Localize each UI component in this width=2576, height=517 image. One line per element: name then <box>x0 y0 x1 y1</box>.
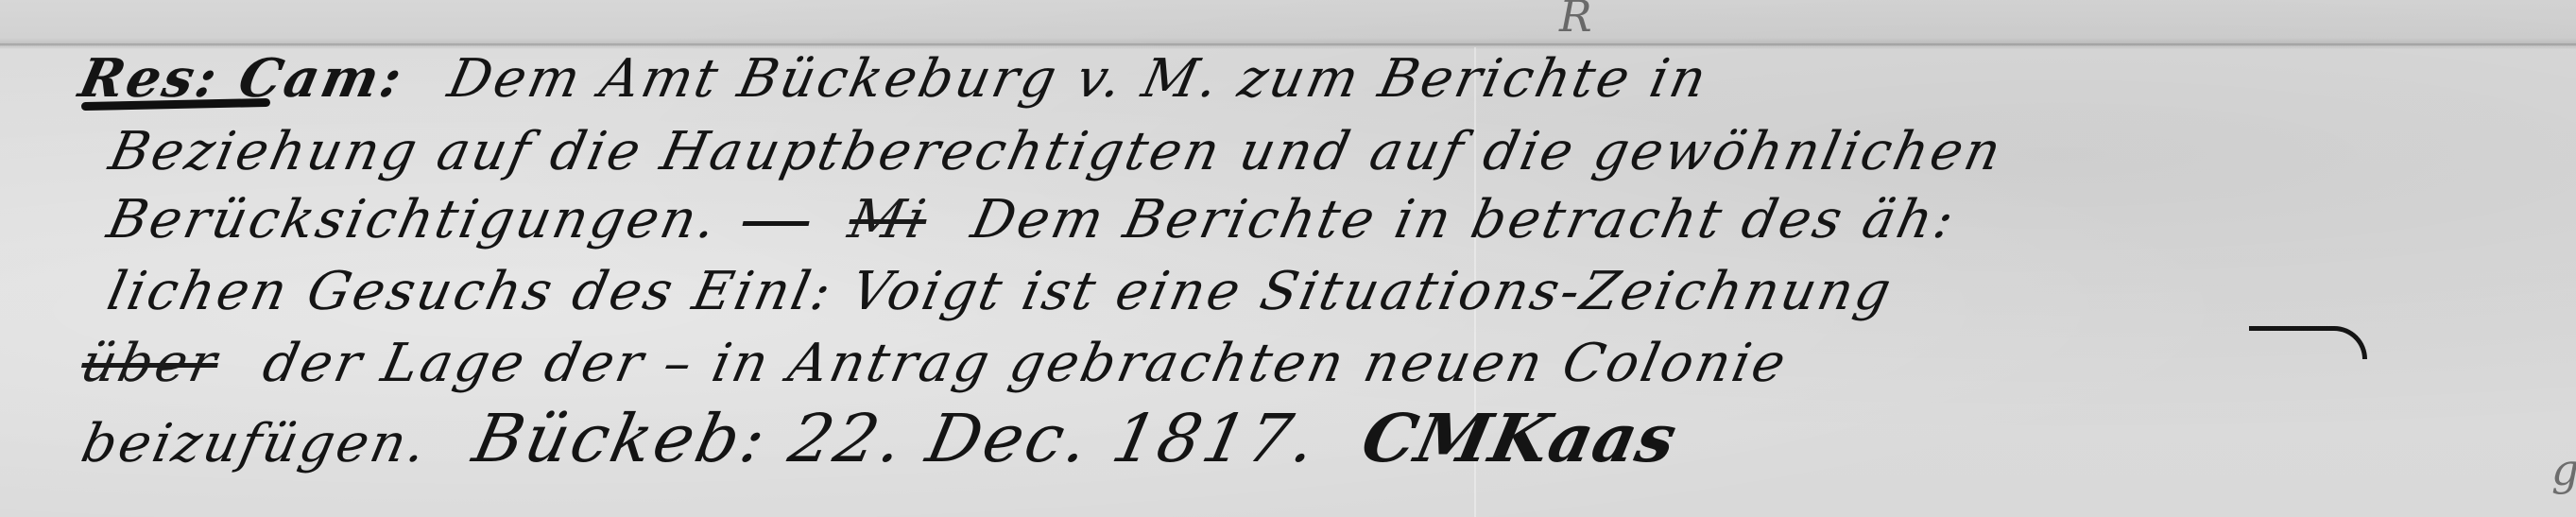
line-4-text: lichen Gesuchs des Einl: Voigt ist eine … <box>102 261 1898 322</box>
manuscript-line-3: Berücksichtigungen. Mi Dem Berichte in b… <box>102 189 1962 250</box>
line-3-text-before: Berücksichtigungen. <box>102 189 725 250</box>
struck-word: über <box>76 333 225 394</box>
manuscript-line-5: über der Lage der – in Antrag gebrachten… <box>76 333 1794 394</box>
manuscript-line-2: Beziehung auf die Hauptberechtigten und … <box>104 121 2009 182</box>
em-dash-mark <box>742 221 809 226</box>
line-6-text: beizufügen. <box>77 413 435 474</box>
place-and-date: Bückeb: 22. Dec. 1817. <box>467 400 1326 477</box>
manuscript-line-6: beizufügen. Bückeb: 22. Dec. 1817. CMKaa… <box>76 399 1684 477</box>
signature: CMKaas <box>1355 399 1684 477</box>
manuscript-line-4: lichen Gesuchs des Einl: Voigt ist eine … <box>102 261 1898 322</box>
line-2-text: Beziehung auf die Hauptberechtigten und … <box>104 121 2009 182</box>
struck-word: Mi <box>843 189 933 250</box>
top-margin-mark: R <box>1559 0 1592 42</box>
end-flourish <box>2249 326 2367 359</box>
right-edge-fragment: g <box>2551 444 2576 495</box>
line-3-text-after: Dem Berichte in betracht des äh: <box>966 189 1962 250</box>
manuscript-line-1: Res: Cam: Dem Amt Bückeburg v. M. zum Be… <box>74 47 1714 110</box>
line-1-text: Dem Amt Bückeburg v. M. zum Berichte in <box>442 48 1713 110</box>
line-5-text: der Lage der – in Antrag gebrachten neue… <box>258 333 1794 394</box>
manuscript-page: Res: Cam: Dem Amt Bückeburg v. M. zum Be… <box>0 0 2576 517</box>
